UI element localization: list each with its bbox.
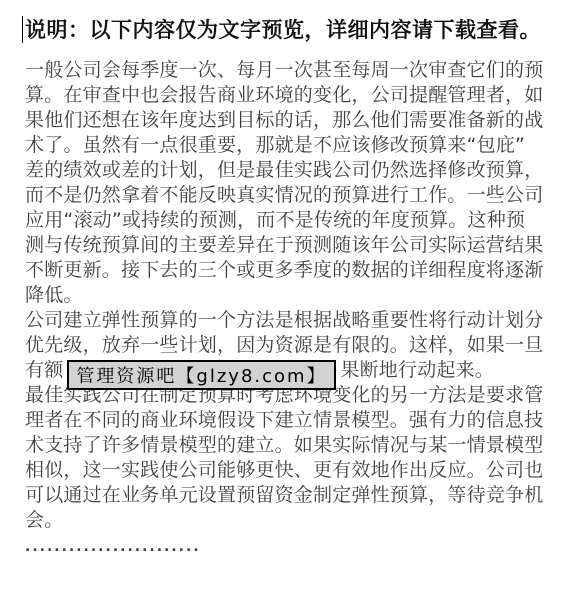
text-segment: 果断地行动起来。 [340, 359, 494, 381]
preview-page: 说明：以下内容仅为文字预览，详细内容请下载查看。 一般公司会每季度一次、每月一次… [0, 0, 578, 600]
text-line: 术支持了许多情景模型的建立。如果实际情况与某一情景模型 [25, 433, 570, 458]
text-line: 应用“滚动”或持续的预测，而不是传统的年度预算。这种预 [25, 208, 570, 233]
text-line: 术了。虽然有一点很重要，那就是不应该修改预算来“包庇” [25, 133, 570, 158]
text-cursor [22, 16, 23, 43]
watermark-badge: 管理资源吧【glzy8.com】 [67, 360, 336, 390]
preview-notice: 说明：以下内容仅为文字预览，详细内容请下载查看。 [25, 14, 541, 44]
document-body: 一般公司会每季度一次、每月一次甚至每周一次审查它们的预 算。在审查中也会报告商业… [25, 58, 570, 555]
ellipsis-line: ........................ [25, 539, 570, 555]
text-line: 一般公司会每季度一次、每月一次甚至每周一次审查它们的预 [25, 58, 570, 83]
text-line: 公司建立弹性预算的一个方法是根据战略重要性将行动计划分 [25, 308, 570, 333]
text-segment: 有额 [25, 359, 63, 381]
text-line: 相似，这一实践使公司能够更快、更有效地作出反应。公司也 [25, 458, 570, 483]
paragraph-3: 最佳实践公司在制定预算时考虑环境变化的另一方法是要求管 理者在不同的商业环境假设… [25, 383, 570, 533]
text-line: 降低。 [25, 283, 570, 308]
text-line: 优先级，放弃一些计划，因为资源是有限的。这样，如果一旦 [25, 333, 570, 358]
text-line: 理者在不同的商业环境假设下建立情景模型。强有力的信息技 [25, 408, 570, 433]
text-line: 会。 [25, 508, 570, 533]
text-line: 可以通过在业务单元设置预留资金制定弹性预算，等待竞争机 [25, 483, 570, 508]
text-line: 而不是仍然拿着不能反映真实情况的预算进行工作。一些公司 [25, 183, 570, 208]
text-line: 不断更新。接下去的三个或更多季度的数据的详细程度将逐渐 [25, 258, 570, 283]
text-line: 果他们还想在该年度达到目标的话，那么他们需要准备新的战 [25, 108, 570, 133]
text-line: 算。在审查中也会报告商业环境的变化，公司提醒管理者，如 [25, 83, 570, 108]
paragraph-1: 一般公司会每季度一次、每月一次甚至每周一次审查它们的预 算。在审查中也会报告商业… [25, 58, 570, 308]
text-line: 差的绩效或差的计划，但是最佳实践公司仍然选择修改预算， [25, 158, 570, 183]
text-line: 测与传统预算间的主要差异在于预测随该年公司实际运营结果 [25, 233, 570, 258]
